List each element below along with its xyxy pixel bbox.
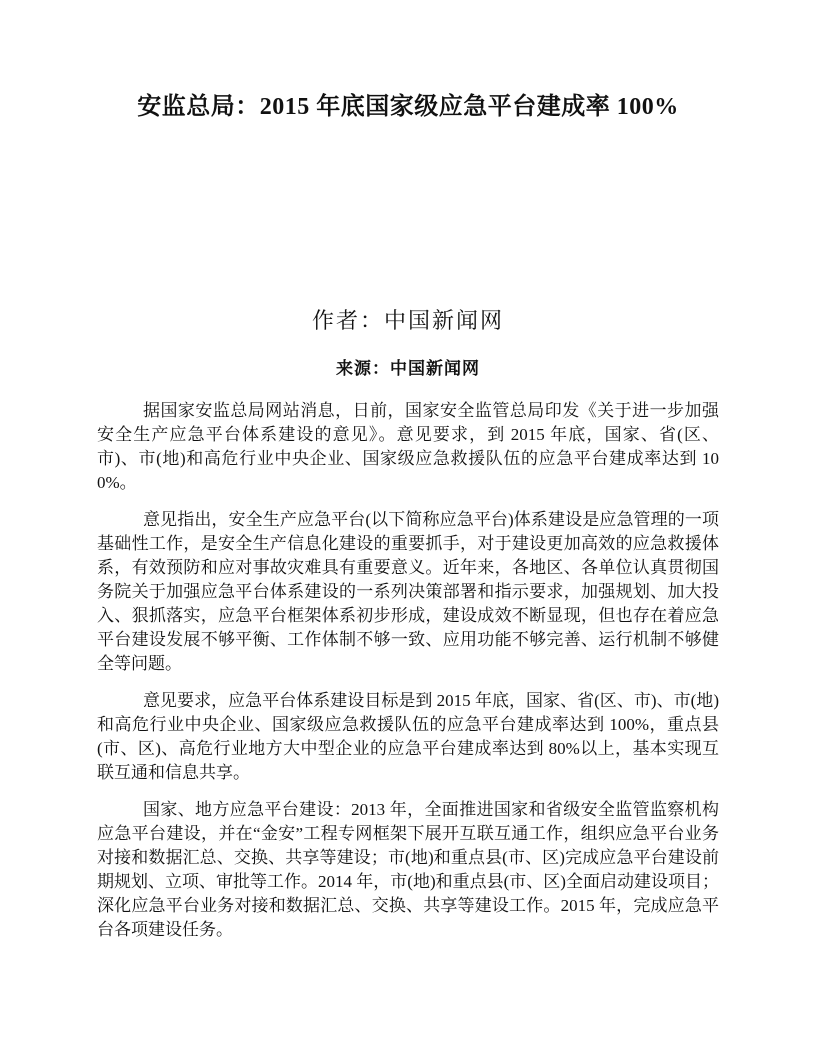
author-line: 作者：中国新闻网	[97, 306, 719, 336]
paragraph: 据国家安监总局网站消息，日前，国家安全监管总局印发《关于进一步加强安全生产应急平…	[97, 399, 719, 495]
document-title: 安监总局：2015 年底国家级应急平台建成率 100%	[97, 90, 719, 124]
source-line: 来源：中国新闻网	[97, 357, 719, 381]
document-page: 安监总局：2015 年底国家级应急平台建成率 100% 作者：中国新闻网 来源：…	[0, 0, 816, 1056]
article-body: 据国家安监总局网站消息，日前，国家安全监管总局印发《关于进一步加强安全生产应急平…	[97, 399, 719, 942]
paragraph: 国家、地方应急平台建设：2013 年，全面推进国家和省级安全监管监察机构应急平台…	[97, 798, 719, 942]
paragraph: 意见指出，安全生产应急平台(以下简称应急平台)体系建设是应急管理的一项基础性工作…	[97, 508, 719, 676]
paragraph: 意见要求，应急平台体系建设目标是到 2015 年底，国家、省(区、市)、市(地)…	[97, 689, 719, 785]
